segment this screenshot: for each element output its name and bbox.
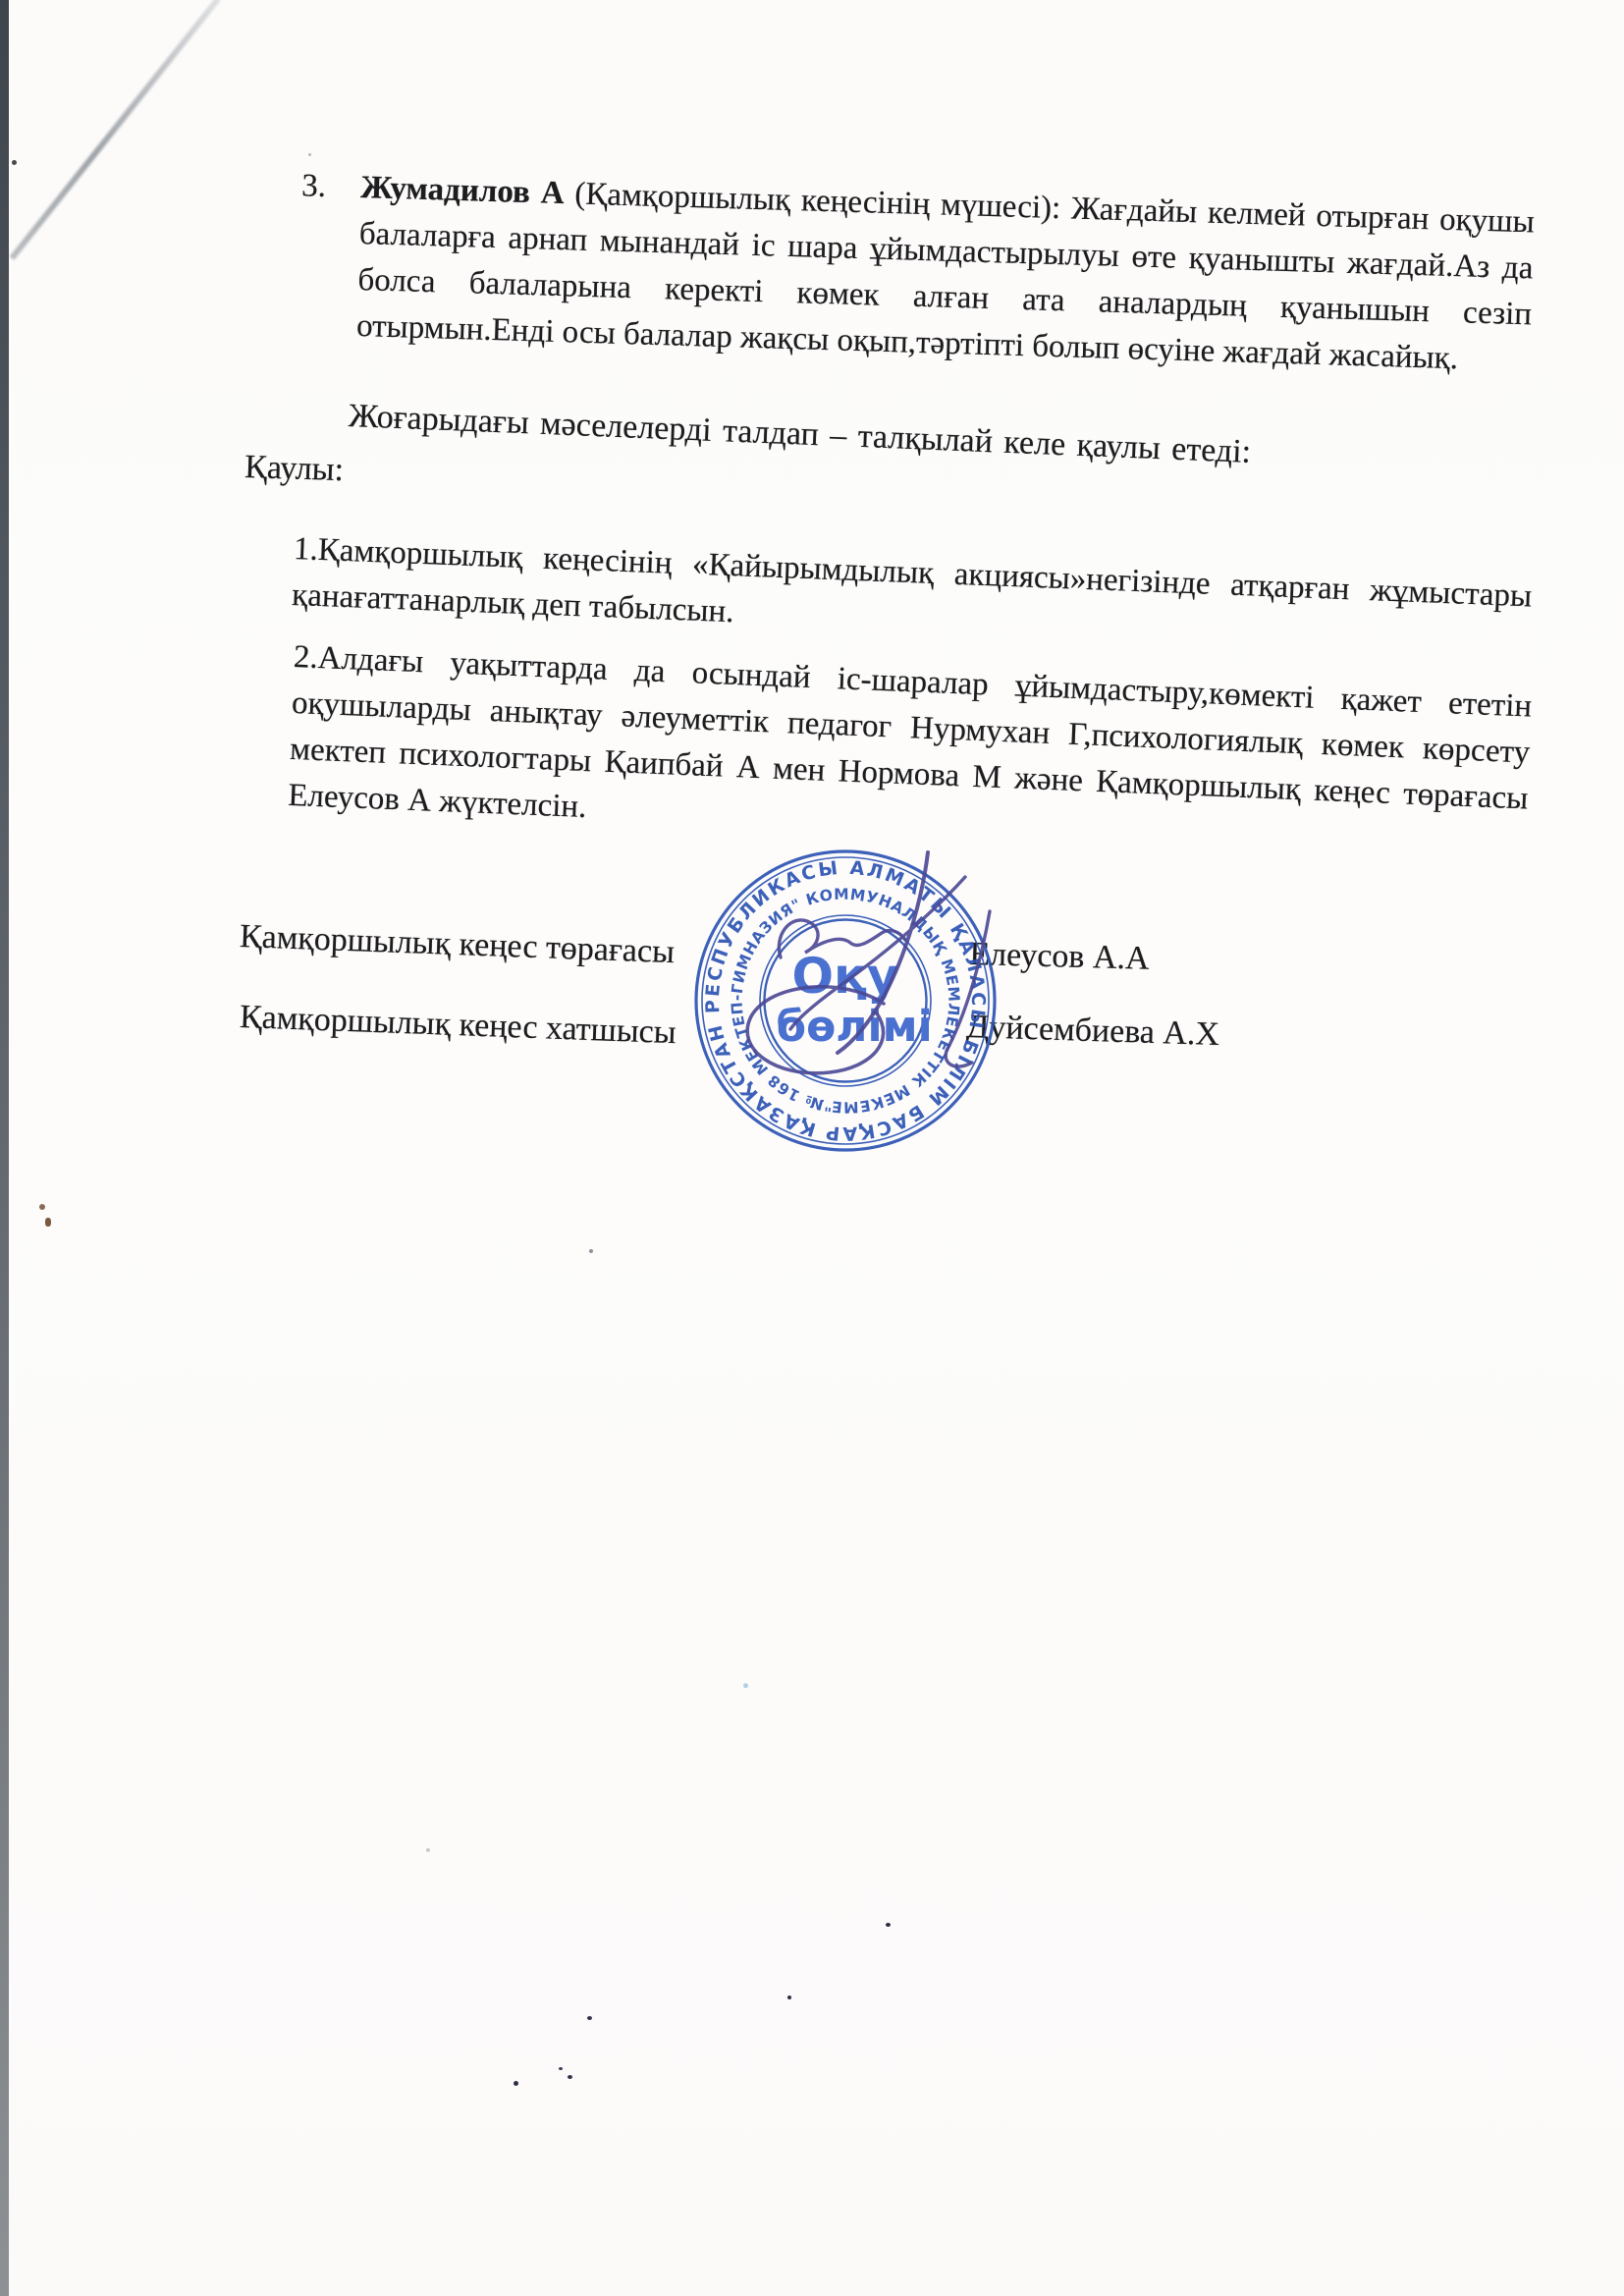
- resolution-intro: Жоғарыдағы мәселелерді талдап – талқылай…: [348, 393, 1330, 478]
- item3-speaker: Жумадилов А: [360, 170, 565, 211]
- page-corner-crease: [10, 0, 221, 260]
- signature-stroke-flourish: [946, 911, 990, 1066]
- signature-role-chairman: Қамқоршылық кеңес төрағасы: [239, 913, 675, 975]
- handwritten-signature: [628, 821, 1100, 1125]
- scanner-edge-shadow: [0, 0, 9, 2296]
- resolution-label: Қаулы:: [244, 444, 345, 493]
- item3-number: 3.: [301, 163, 327, 210]
- signature-role-secretary: Қамқоршылық кеңес хатшысы: [239, 994, 677, 1056]
- agenda-item-3: 3.Жумадилов А (Қамқоршылық кеңесінің мүш…: [355, 165, 1535, 384]
- scanned-document-page: 3.Жумадилов А (Қамқоршылық кеңесінің мүш…: [0, 0, 1624, 2296]
